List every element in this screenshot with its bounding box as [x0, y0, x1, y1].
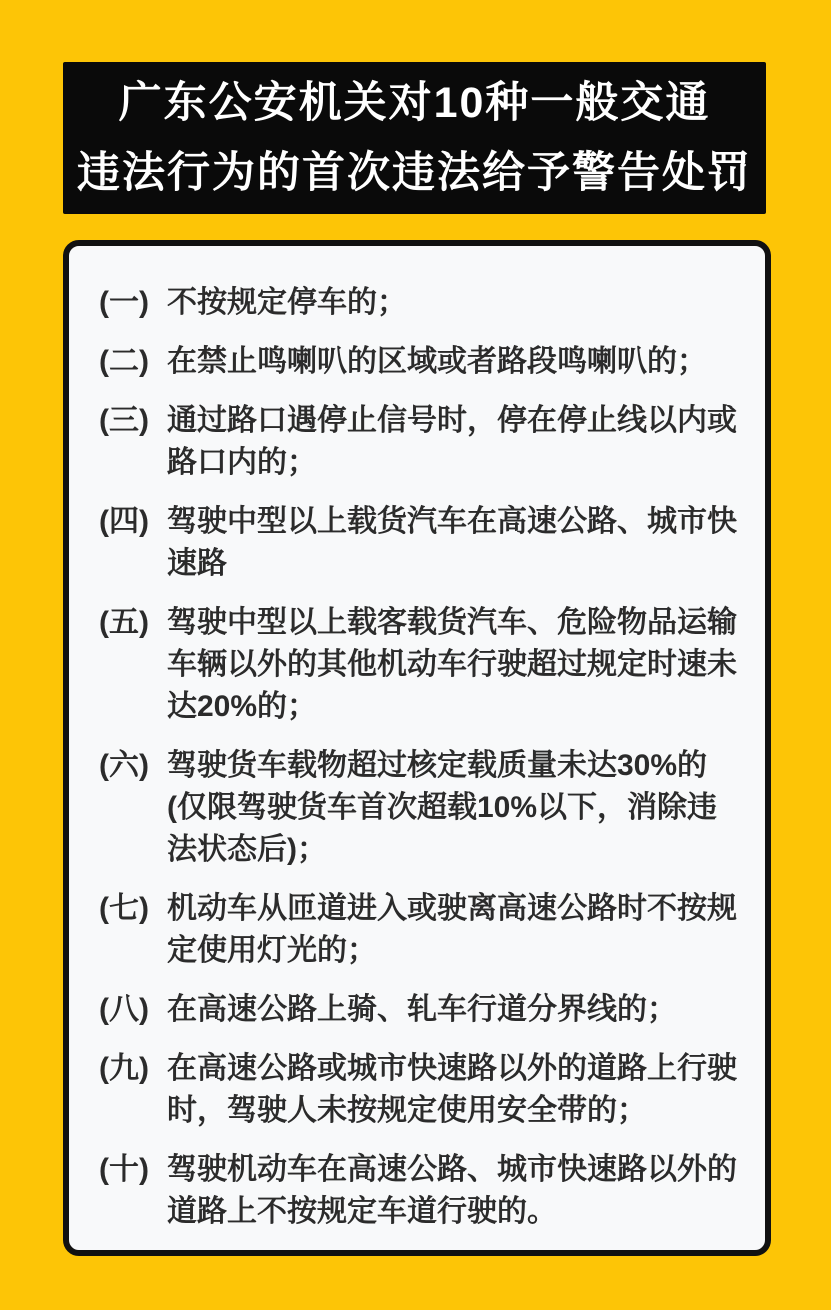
poster: 广东公安机关对10种一般交通 违法行为的首次违法给予警告处罚 (一) 不按规定停… [0, 0, 831, 1310]
item-text: 驾驶中型以上载客载货汽车、危险物品运输车辆以外的其他机动车行驶超过规定时速未达2… [167, 602, 737, 728]
item-text: 在禁止鸣喇叭的区域或者路段鸣喇叭的； [167, 341, 737, 383]
title-line-2: 违法行为的首次违法给予警告处罚 [77, 138, 752, 208]
item-text: 驾驶货车载物超过核定载质量未达30%的(仅限驾驶货车首次超载10%以下，消除违法… [167, 745, 737, 871]
item-marker: (四) [99, 501, 167, 543]
list-item: (六) 驾驶货车载物超过核定载质量未达30%的(仅限驾驶货车首次超载10%以下，… [99, 745, 737, 871]
item-text: 机动车从匝道进入或驶离高速公路时不按规定使用灯光的； [167, 888, 737, 972]
title-banner: 广东公安机关对10种一般交通 违法行为的首次违法给予警告处罚 [63, 62, 766, 214]
item-marker: (三) [99, 400, 167, 442]
item-marker: (二) [99, 341, 167, 383]
item-text: 不按规定停车的； [167, 282, 737, 324]
item-marker: (十) [99, 1149, 167, 1191]
list-item: (二) 在禁止鸣喇叭的区域或者路段鸣喇叭的； [99, 341, 737, 383]
title-line-1: 广东公安机关对10种一般交通 [119, 68, 711, 138]
item-text: 在高速公路或城市快速路以外的道路上行驶时，驾驶人未按规定使用安全带的； [167, 1048, 737, 1132]
list-item: (三) 通过路口遇停止信号时，停在停止线以内或路口内的； [99, 400, 737, 484]
list-item: (一) 不按规定停车的； [99, 282, 737, 324]
list-item: (四) 驾驶中型以上载货汽车在高速公路、城市快速路 [99, 501, 737, 585]
list-item: (十) 驾驶机动车在高速公路、城市快速路以外的道路上不按规定车道行驶的。 [99, 1149, 737, 1233]
item-text: 通过路口遇停止信号时，停在停止线以内或路口内的； [167, 400, 737, 484]
violation-list-box: (一) 不按规定停车的； (二) 在禁止鸣喇叭的区域或者路段鸣喇叭的； (三) … [63, 240, 771, 1256]
item-text: 驾驶中型以上载货汽车在高速公路、城市快速路 [167, 501, 737, 585]
item-marker: (一) [99, 282, 167, 324]
item-text: 驾驶机动车在高速公路、城市快速路以外的道路上不按规定车道行驶的。 [167, 1149, 737, 1233]
list-item: (九) 在高速公路或城市快速路以外的道路上行驶时，驾驶人未按规定使用安全带的； [99, 1048, 737, 1132]
item-marker: (八) [99, 989, 167, 1031]
item-text: 在高速公路上骑、轧车行道分界线的； [167, 989, 737, 1031]
item-marker: (九) [99, 1048, 167, 1090]
list-item: (八) 在高速公路上骑、轧车行道分界线的； [99, 989, 737, 1031]
item-marker: (六) [99, 745, 167, 787]
list-item: (五) 驾驶中型以上载客载货汽车、危险物品运输车辆以外的其他机动车行驶超过规定时… [99, 602, 737, 728]
item-marker: (五) [99, 602, 167, 644]
list-item: (七) 机动车从匝道进入或驶离高速公路时不按规定使用灯光的； [99, 888, 737, 972]
item-marker: (七) [99, 888, 167, 930]
